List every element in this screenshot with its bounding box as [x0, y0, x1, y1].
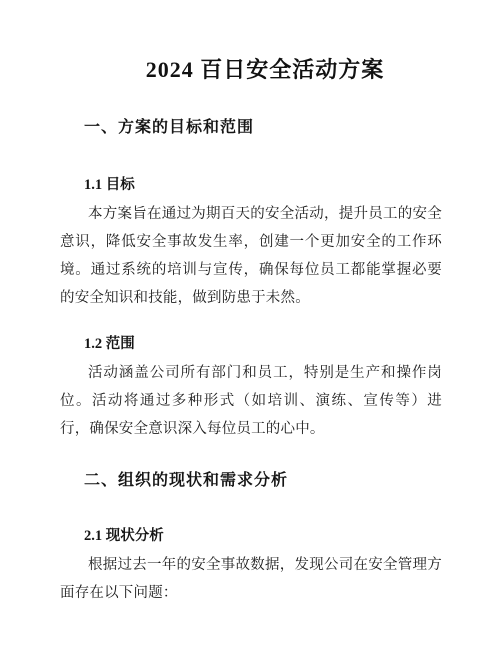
section-heading-status-and-needs: 二、组织的现状和需求分析 — [60, 472, 442, 490]
subsection-heading-goal: 1.1 目标 — [60, 177, 442, 193]
document-page: 2024 百日安全活动方案 一、方案的目标和范围 1.1 目标 本方案旨在通过为… — [0, 0, 500, 647]
paragraph-status-analysis: 根据过去一年的安全事故数据，发现公司在安全管理方面存在以下问题： — [60, 551, 442, 607]
paragraph-goal: 本方案旨在通过为期百天的安全活动，提升员工的安全意识，降低安全事故发生率，创建一… — [60, 200, 442, 312]
section-heading-goals-and-scope: 一、方案的目标和范围 — [60, 119, 442, 137]
subsection-heading-status-analysis: 2.1 现状分析 — [60, 528, 442, 544]
document-title: 2024 百日安全活动方案 — [74, 57, 456, 83]
subsection-heading-scope: 1.2 范围 — [60, 336, 442, 352]
paragraph-scope: 活动涵盖公司所有部门和员工，特别是生产和操作岗位。活动将通过多种形式（如培训、演… — [60, 359, 442, 443]
document-content: 2024 百日安全活动方案 一、方案的目标和范围 1.1 目标 本方案旨在通过为… — [60, 0, 442, 607]
